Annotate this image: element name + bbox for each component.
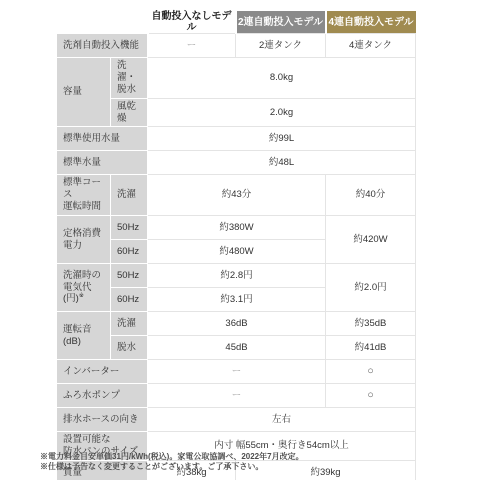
cell-std-water: 約48L xyxy=(148,151,416,175)
cell-detergent-none: ー xyxy=(148,34,236,58)
cell-noise-spin-4tank: 約41dB xyxy=(326,336,416,360)
spec-table: 自動投入なしモデル 2連自動投入モデル 4連自動投入モデル 洗剤自動投入機能 ー… xyxy=(56,11,416,480)
row-label-rated-power: 定格消費電力 xyxy=(57,216,111,264)
row-label-capacity: 容量 xyxy=(57,58,111,127)
cell-drain-hose: 左右 xyxy=(148,408,416,432)
spec-table-container: 自動投入なしモデル 2連自動投入モデル 4連自動投入モデル 洗剤自動投入機能 ー… xyxy=(56,11,415,480)
row-label-course-time: 標準コース 運転時間 xyxy=(57,175,111,216)
header-empty-cell xyxy=(57,11,148,34)
table-row: 脱水 45dB 約41dB xyxy=(57,336,416,360)
table-row: 標準コース 運転時間 洗濯 約43分 約40分 xyxy=(57,175,416,216)
cell-detergent-4tank: 4連タンク xyxy=(326,34,416,58)
header-model-4tank: 4連自動投入モデル xyxy=(326,11,416,34)
row-sublabel-air-dry: 風乾燥 xyxy=(111,98,148,127)
row-sublabel-cost-50hz: 50Hz xyxy=(111,264,148,288)
cell-course-time-12: 約43分 xyxy=(148,175,326,216)
cell-capacity-dry: 2.0kg xyxy=(148,98,416,127)
footnote-marker: ※ xyxy=(79,293,84,299)
row-label-std-water-usage: 標準使用水量 xyxy=(57,127,148,151)
row-sublabel-cost-60hz: 60Hz xyxy=(111,288,148,312)
footnotes: ※電力料金目安単価31円/kWh(税込)。家電公取協調べ、2022年7月改定。 … xyxy=(40,452,440,471)
table-row: 定格消費電力 50Hz 約380W 約420W xyxy=(57,216,416,240)
table-row: 標準使用水量 約99L xyxy=(57,127,416,151)
cell-noise-wash-4tank: 約35dB xyxy=(326,312,416,336)
cell-bath-pump-4tank: ○ xyxy=(326,384,416,408)
row-label-noise: 運転音(dB) xyxy=(57,312,111,360)
header-row: 自動投入なしモデル 2連自動投入モデル 4連自動投入モデル xyxy=(57,11,416,34)
footnote-electricity-rate: ※電力料金目安単価31円/kWh(税込)。家電公取協調べ、2022年7月改定。 xyxy=(40,452,440,462)
table-row: ふろ水ポンプ ー ○ xyxy=(57,384,416,408)
cell-detergent-2tank: 2連タンク xyxy=(236,34,326,58)
cell-inverter-12: ー xyxy=(148,360,326,384)
table-row: 洗濯時の 電気代(円)※ 50Hz 約2.8円 約2.0円 xyxy=(57,264,416,288)
table-row: 排水ホースの向き 左右 xyxy=(57,408,416,432)
cell-course-time-4tank: 約40分 xyxy=(326,175,416,216)
row-sublabel-noise-spin: 脱水 xyxy=(111,336,148,360)
row-label-std-water: 標準水量 xyxy=(57,151,148,175)
table-row: 風乾燥 2.0kg xyxy=(57,98,416,127)
row-label-inverter: インバーター xyxy=(57,360,148,384)
row-sublabel-power-50hz: 50Hz xyxy=(111,216,148,240)
header-model-2tank: 2連自動投入モデル xyxy=(236,11,326,34)
table-row: インバーター ー ○ xyxy=(57,360,416,384)
row-sublabel-wash-spin: 洗濯・脱水 xyxy=(111,58,148,99)
cell-cost-50hz: 約2.8円 xyxy=(148,264,326,288)
cell-inverter-4tank: ○ xyxy=(326,360,416,384)
cell-noise-spin-12: 45dB xyxy=(148,336,326,360)
cell-capacity-wash: 8.0kg xyxy=(148,58,416,99)
cell-noise-wash-12: 36dB xyxy=(148,312,326,336)
cell-cost-60hz: 約3.1円 xyxy=(148,288,326,312)
header-model-plain: 自動投入なしモデル xyxy=(148,11,236,34)
table-row: 運転音(dB) 洗濯 36dB 約35dB xyxy=(57,312,416,336)
table-row: 標準水量 約48L xyxy=(57,151,416,175)
row-sublabel-power-60hz: 60Hz xyxy=(111,240,148,264)
cell-bath-pump-12: ー xyxy=(148,384,326,408)
page: { "colors": { "header_plain_bg": "#fffff… xyxy=(0,0,480,480)
cell-cost-4tank: 約2.0円 xyxy=(326,264,416,312)
cell-power-50hz: 約380W xyxy=(148,216,326,240)
row-label-bath-pump: ふろ水ポンプ xyxy=(57,384,148,408)
row-sublabel-noise-wash: 洗濯 xyxy=(111,312,148,336)
row-label-detergent: 洗剤自動投入機能 xyxy=(57,34,148,58)
footnote-spec-change: ※仕様は予告なく変更することがございます。ご了承下さい。 xyxy=(40,462,440,472)
row-sublabel-course-wash: 洗濯 xyxy=(111,175,148,216)
table-row: 洗剤自動投入機能 ー 2連タンク 4連タンク xyxy=(57,34,416,58)
table-row: 容量 洗濯・脱水 8.0kg xyxy=(57,58,416,99)
cell-power-60hz: 約480W xyxy=(148,240,326,264)
cell-std-water-usage: 約99L xyxy=(148,127,416,151)
cell-power-4tank: 約420W xyxy=(326,216,416,264)
row-label-drain-hose: 排水ホースの向き xyxy=(57,408,148,432)
row-label-electricity-cost: 洗濯時の 電気代(円)※ xyxy=(57,264,111,312)
